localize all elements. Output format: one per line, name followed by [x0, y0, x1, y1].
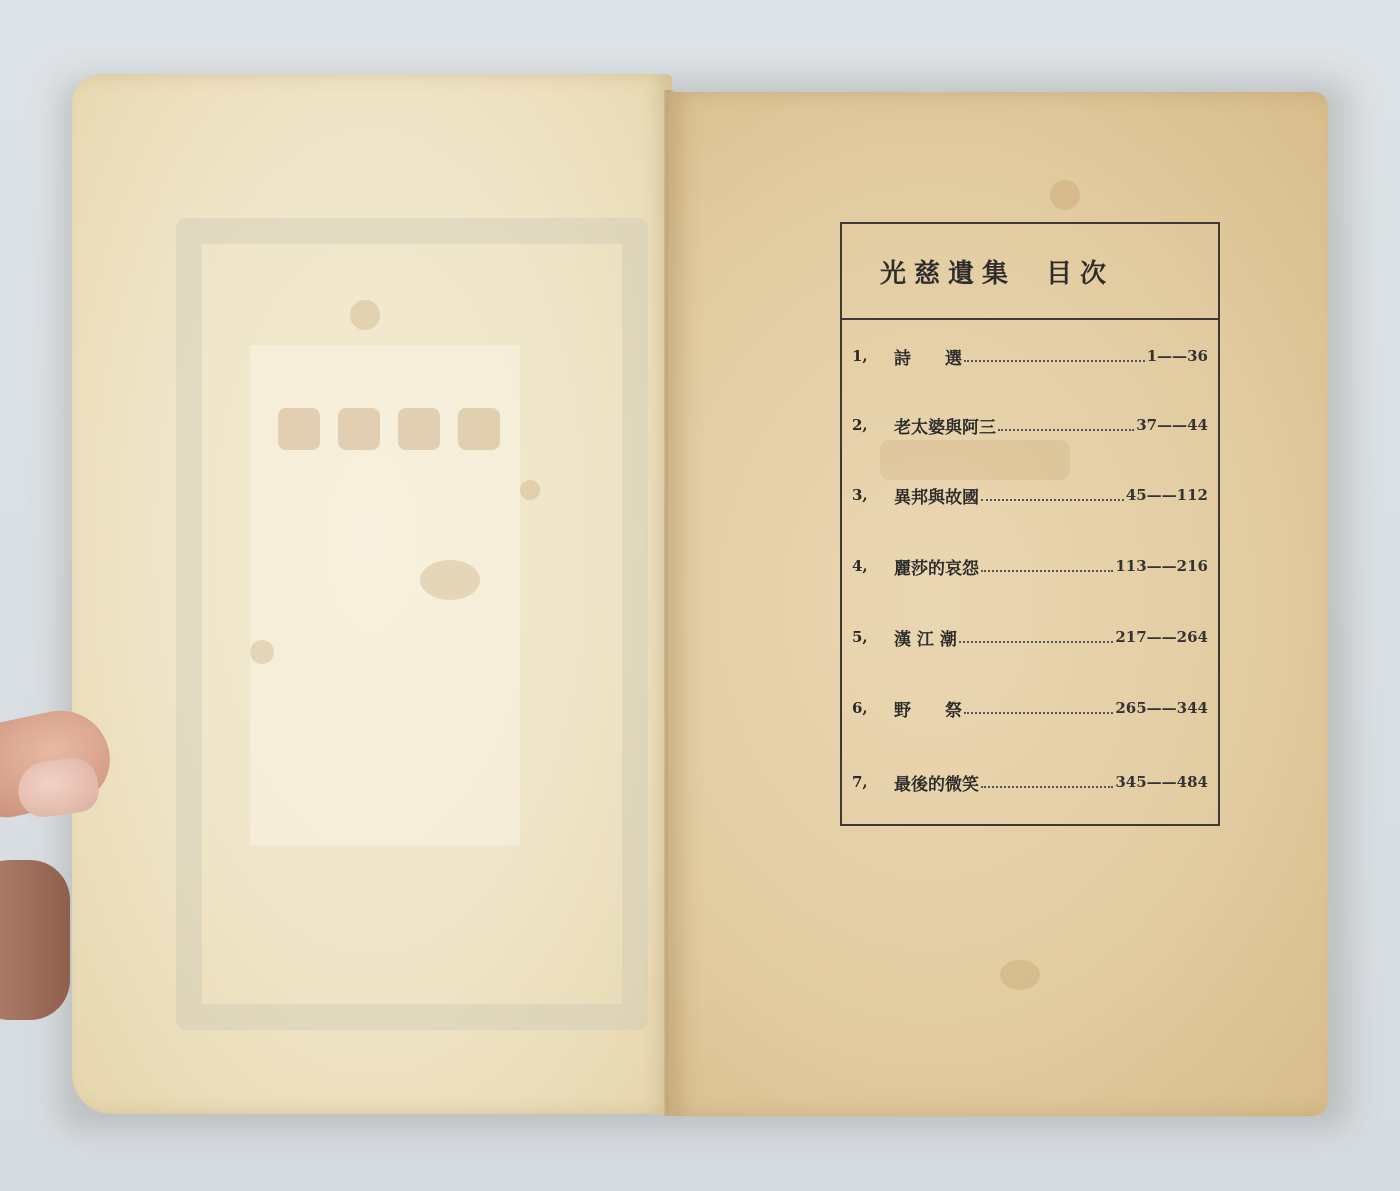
entry-pages: 45——112 — [1126, 486, 1208, 504]
entry-title: 最後的微笑 — [894, 770, 979, 795]
entry-number: 6, — [852, 699, 894, 717]
entry-pages: 113——216 — [1115, 557, 1208, 575]
entry-title: 詩 選 — [894, 344, 962, 369]
entry-pages: 345——484 — [1115, 773, 1208, 791]
ghost-char — [278, 408, 320, 450]
finger — [0, 860, 70, 1020]
table-of-contents: 光慈遺集 目次 1, 詩 選 1——36 2, 老太婆與阿三 37——44 3,… — [840, 222, 1220, 826]
foxing-stain — [1000, 960, 1040, 990]
entry-title: 野 祭 — [894, 696, 962, 721]
ghost-char — [338, 408, 380, 450]
ghost-char — [458, 408, 500, 450]
entry-number: 5, — [852, 628, 894, 646]
toc-entry[interactable]: 1, 詩 選 1——36 — [852, 344, 1208, 368]
entry-pages: 265——344 — [1115, 699, 1208, 717]
toc-entry[interactable]: 5, 漢 江 潮 217——264 — [852, 625, 1208, 649]
foxing-stain — [350, 300, 380, 330]
toc-entry[interactable]: 2, 老太婆與阿三 37——44 — [852, 413, 1208, 437]
ghost-char — [398, 408, 440, 450]
leader-dots — [959, 631, 1114, 643]
entry-number: 3, — [852, 486, 894, 504]
ghost-title-blocks — [278, 408, 500, 450]
entry-number: 2, — [852, 416, 894, 434]
foxing-stain — [1050, 180, 1080, 210]
entry-title: 麗莎的哀怨 — [894, 554, 979, 579]
leader-dots — [964, 350, 1145, 362]
entry-number: 4, — [852, 557, 894, 575]
entry-title: 老太婆與阿三 — [894, 413, 996, 438]
foxing-stain — [520, 480, 540, 500]
entry-number: 1, — [852, 347, 894, 365]
leader-dots — [998, 419, 1134, 431]
leader-dots — [981, 489, 1124, 501]
toc-entry[interactable]: 7, 最後的微笑 345——484 — [852, 770, 1208, 794]
entry-pages: 1——36 — [1147, 347, 1208, 365]
contents-heading: 目次 — [1046, 253, 1114, 290]
foxing-stain — [250, 640, 274, 664]
entry-pages: 37——44 — [1136, 416, 1208, 434]
collection-title: 光慈遺集 — [880, 253, 1016, 290]
toc-entry[interactable]: 3, 異邦與故國 45——112 — [852, 483, 1208, 507]
toc-entry[interactable]: 6, 野 祭 265——344 — [852, 696, 1208, 720]
leader-dots — [981, 560, 1113, 572]
leader-dots — [964, 702, 1113, 714]
toc-title: 光慈遺集 目次 — [842, 224, 1218, 320]
toc-entry[interactable]: 4, 麗莎的哀怨 113——216 — [852, 554, 1208, 578]
entry-pages: 217——264 — [1115, 628, 1208, 646]
leader-dots — [981, 776, 1113, 788]
entry-title: 異邦與故國 — [894, 483, 979, 508]
entry-title: 漢 江 潮 — [894, 625, 957, 650]
entry-number: 7, — [852, 773, 894, 791]
foxing-stain — [420, 560, 480, 600]
